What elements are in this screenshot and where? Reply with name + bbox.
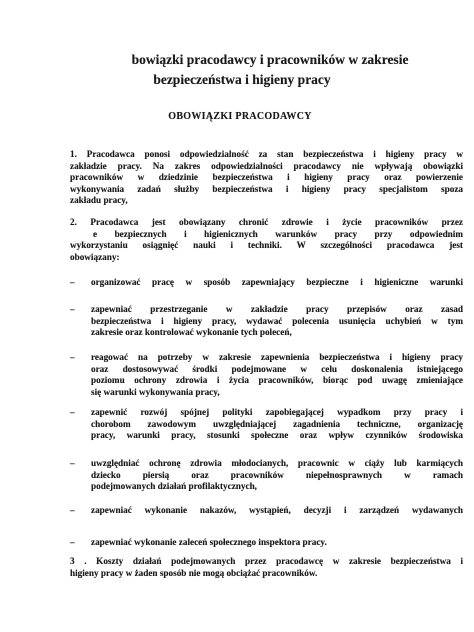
- text-line: dziecko piersią oraz pracowników niepełn…: [91, 470, 463, 482]
- text-line: e bezpiecznych i higienicznych warunków …: [70, 229, 463, 241]
- bullet-item-7: –zapewniać wykonanie zaleceń społecznego…: [70, 537, 463, 549]
- text-line: wykorzystaniu osiągnięć nauki i techniki…: [70, 240, 463, 252]
- text-line: higieny pracy w żaden sposób nie mogą ob…: [70, 568, 463, 580]
- text-line: zakładu pracy,: [70, 195, 463, 207]
- text-line: zapewniać przestrzeganie w zakładzie pra…: [91, 304, 463, 316]
- bullet-text: reagować na potrzeby w zakresie zapewnie…: [91, 352, 463, 398]
- text-line: 2. Pracodawca jest obowiązany chronić zd…: [70, 217, 463, 229]
- text-line: organizować pracę w sposób zapewniający …: [91, 277, 463, 289]
- text-line: reagować na potrzeby w zakresie zapewnie…: [91, 352, 463, 364]
- text-line: oraz dostosowywać środki podejmowane w c…: [91, 364, 463, 376]
- text-line: poziomu ochrony zdrowia i życia pracowni…: [91, 375, 463, 387]
- text-line: się warunki wykonywania pracy,: [91, 387, 463, 399]
- document-page: bowiązki pracodawcy i pracowników w zakr…: [0, 0, 474, 632]
- text-line: zapewniać wykonanie zaleceń społecznego …: [91, 537, 463, 549]
- paragraph-2: 2. Pracodawca jest obowiązany chronić zd…: [70, 217, 463, 263]
- bullet-marker: –: [70, 537, 91, 549]
- section-heading: OBOWIĄZKI PRACODAWCY: [168, 111, 312, 122]
- bullet-item-4: –zapewnić rozwój spójnej polityki zapobi…: [70, 407, 463, 442]
- bullet-item-1: –organizować pracę w sposób zapewniający…: [70, 277, 463, 289]
- bullet-text: organizować pracę w sposób zapewniający …: [91, 277, 463, 289]
- bullet-text: zapewnić rozwój spójnej polityki zapobie…: [91, 407, 463, 442]
- text-line: wykonywania zadań służby bezpieczeństwa …: [70, 184, 463, 196]
- document-title-line-2: bezpieczeństwa i higieny pracy: [153, 70, 330, 90]
- paragraph-3: 3 . Koszty działań podejmowanych przez p…: [70, 556, 463, 579]
- bullet-marker: –: [70, 277, 91, 289]
- bullet-marker: –: [70, 505, 91, 517]
- bullet-text: zapewniać wykonanie zaleceń społecznego …: [91, 537, 463, 549]
- text-line: bezpieczeństwa i higieny pracy, wydawać …: [91, 316, 463, 328]
- text-line: zapewnić rozwój spójnej polityki zapobie…: [91, 407, 463, 419]
- text-line: podejmowanych działań profilaktycznych,: [91, 481, 463, 493]
- text-line: zakładzie pracy. Na zakres odpowiedzialn…: [70, 161, 463, 173]
- text-line: pracowników w dziedzinie bezpieczeństwa …: [70, 172, 463, 184]
- bullet-marker: –: [70, 352, 91, 398]
- bullet-item-3: –reagować na potrzeby w zakresie zapewni…: [70, 352, 463, 398]
- text-line: uwzględniać ochronę zdrowia młodocianych…: [91, 458, 463, 470]
- text-line: 1. Pracodawca ponosi odpowiedzialność za…: [70, 149, 463, 161]
- bullet-text: zapewniać przestrzeganie w zakładzie pra…: [91, 304, 463, 339]
- bullet-text: uwzględniać ochronę zdrowia młodocianych…: [91, 458, 463, 493]
- bullet-item-5: –uwzględniać ochronę zdrowia młodocianyc…: [70, 458, 463, 493]
- bullet-marker: –: [70, 407, 91, 442]
- bullet-text: zapewniać wykonanie nakazów, wystąpień, …: [91, 505, 463, 517]
- text-line: pracy, warunki pracy, stosunki społeczne…: [91, 430, 463, 442]
- text-line: 3 . Koszty działań podejmowanych przez p…: [70, 556, 463, 568]
- bullet-item-2: –zapewniać przestrzeganie w zakładzie pr…: [70, 304, 463, 339]
- text-line: zapewniać wykonanie nakazów, wystąpień, …: [91, 505, 463, 517]
- text-line: zakresie oraz kontrolować wykonanie tych…: [91, 327, 463, 339]
- bullet-marker: –: [70, 458, 91, 493]
- text-line: chorobom zawodowym uwzględniającej zagad…: [91, 419, 463, 431]
- document-title-line-1: bowiązki pracodawcy i pracowników w zakr…: [132, 50, 409, 70]
- bullet-item-6: –zapewniać wykonanie nakazów, wystąpień,…: [70, 505, 463, 517]
- text-line: obowiązany:: [70, 252, 463, 264]
- paragraph-1: 1. Pracodawca ponosi odpowiedzialność za…: [70, 149, 463, 207]
- bullet-marker: –: [70, 304, 91, 339]
